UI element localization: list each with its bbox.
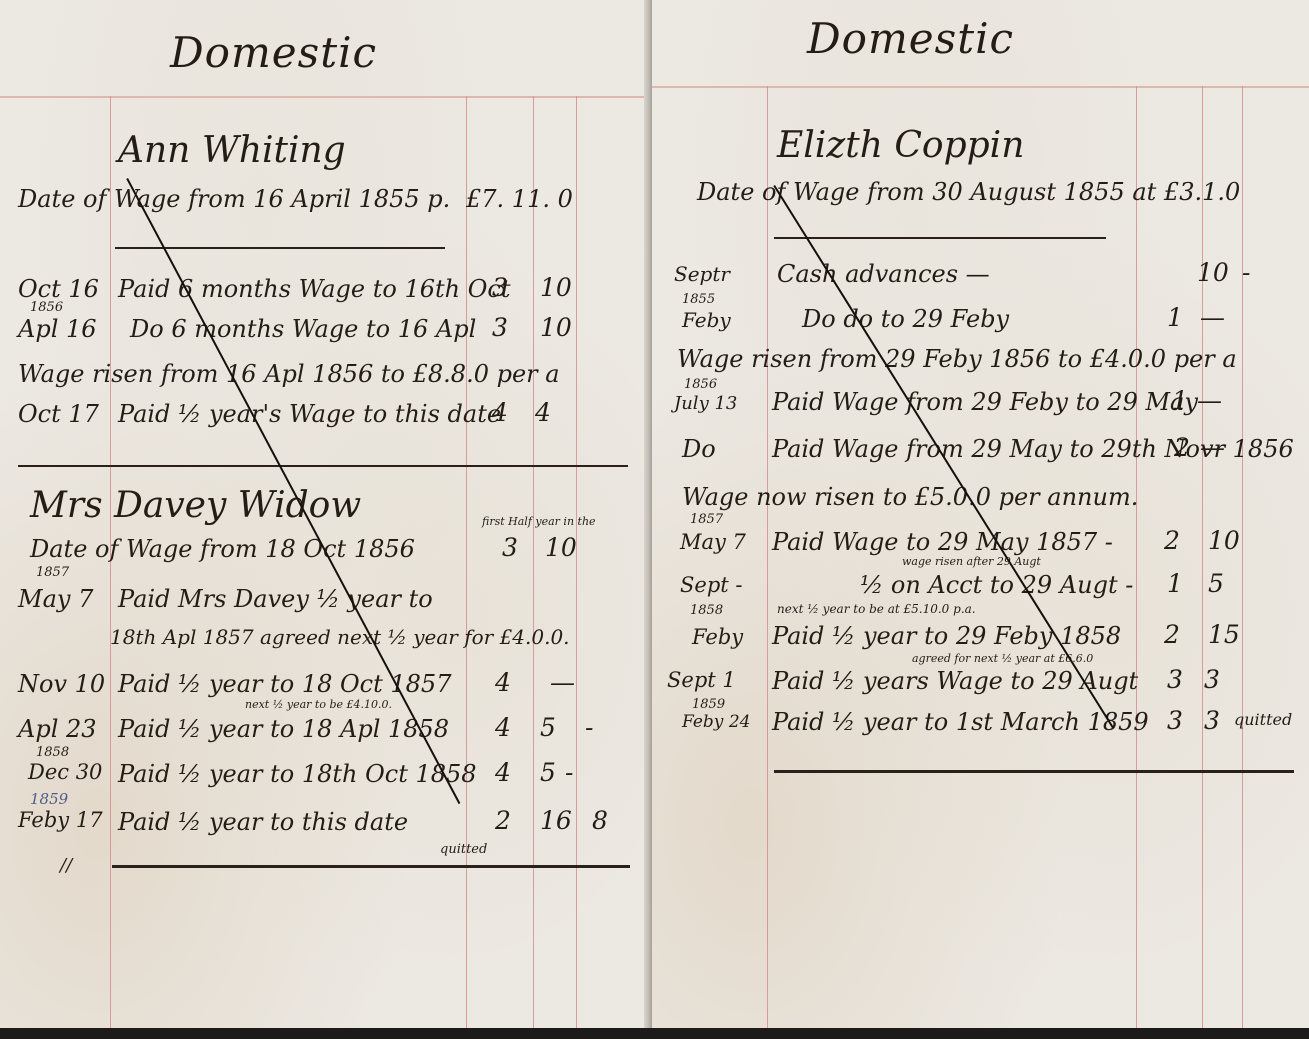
wage-terms: Date of Wage from 18 Oct 1856 [30, 535, 415, 563]
entry-pence: - [1242, 258, 1250, 287]
closing-rule [112, 865, 630, 868]
entry-shillings: 3 [1204, 706, 1220, 735]
entry-pence: 8 [592, 806, 608, 835]
book-bottom-edge [0, 1028, 1309, 1039]
entry-pounds: 1 [1172, 386, 1188, 415]
entry-date: Apl 16 [18, 315, 97, 343]
pence-column-rule [1242, 86, 1243, 1030]
entry-text: Paid ½ year's Wage to this date [118, 400, 501, 428]
account-name: Ann Whiting [118, 130, 346, 171]
entry-text: Wage risen from 29 Feby 1856 to £4.0.0 p… [677, 345, 1237, 373]
entry-date: Oct 16 [18, 275, 99, 303]
margin-note: first Half year in the [482, 515, 596, 528]
entry-year: 1858 [36, 745, 69, 760]
entry-pounds: 1 [1167, 303, 1183, 332]
entry-text: Paid Wage from 29 Feby to 29 May [772, 388, 1198, 416]
quitted-note: quitted [1234, 710, 1292, 729]
entry-year: 1859 [692, 697, 725, 712]
entry-pounds: 1 [1167, 569, 1183, 598]
entry-shillings: — [1200, 303, 1225, 332]
entry-text: Wage risen from 16 Apl 1856 to £8.8.0 pe… [18, 360, 560, 388]
entry-date: Feby [692, 625, 743, 649]
pounds-column-rule [466, 96, 467, 1030]
entry-shillings: 5 [540, 758, 556, 787]
interlinear-note: next ½ year to be £4.10.0. [245, 698, 392, 711]
entry-year: 1859 [30, 790, 68, 808]
ruled-header-line [652, 86, 1309, 88]
entry-shillings: — [1200, 433, 1225, 462]
entry-text: Paid ½ year to 1st March 1859 [772, 708, 1149, 736]
entry-pounds: 3 [492, 273, 508, 302]
page-heading: Domestic [170, 28, 377, 77]
entry-shillings: — [550, 668, 575, 697]
entry-pounds: 4 [495, 668, 511, 697]
entry-shillings: 5 [1208, 569, 1224, 598]
entry-year: 1858 [690, 603, 723, 618]
entry-date: Do [682, 435, 716, 463]
entry-shillings: 3 [1204, 665, 1220, 694]
entry-date: July 13 [674, 393, 737, 414]
entry-shillings: — [1197, 386, 1222, 415]
entry-date: Nov 10 [18, 670, 105, 698]
entry-pounds: 2 [1174, 433, 1190, 462]
entry-pounds: 2 [1164, 526, 1180, 555]
section-rule [774, 237, 1106, 239]
entry-year: 1857 [690, 512, 723, 527]
account-name: Elizth Coppin [777, 125, 1024, 166]
pence-column-rule [576, 96, 577, 1030]
entry-shillings: 10 [540, 273, 572, 302]
date-column-rule [767, 86, 768, 1030]
pounds-column-rule [1136, 86, 1137, 1030]
entry-text: Paid Wage to 29 May 1857 - [772, 528, 1113, 556]
entry-pounds: 3 [492, 313, 508, 342]
entry-shillings: 16 [540, 806, 572, 835]
ruled-header-line [0, 96, 648, 98]
entry-text: Do 6 months Wage to 16 Apl [130, 315, 476, 343]
wage-terms: Date of Wage from 16 April 1855 p. [18, 185, 450, 213]
entry-pence: - [585, 713, 593, 742]
wage-terms-amount: £7. 11. 0 [466, 185, 573, 213]
account-name: Mrs Davey Widow [30, 485, 361, 526]
shillings-column-rule [533, 96, 534, 1030]
entry-date: Septr [674, 262, 730, 286]
entry-date: Sept - [680, 573, 742, 597]
entry-date: Oct 17 [18, 400, 99, 428]
date-column-rule [110, 96, 111, 1030]
entry-shillings: 4 [535, 398, 551, 427]
entry-year: 1857 [36, 565, 69, 580]
entry-pounds: 4 [495, 758, 511, 787]
entry-text: Paid ½ year to 29 Feby 1858 [772, 622, 1121, 650]
closing-rule [774, 770, 1294, 773]
entry-shillings: 10 [1208, 526, 1240, 555]
margin-mark: // [60, 855, 72, 876]
interlinear-note: wage risen after 29 Augt [902, 555, 1041, 568]
entry-date: May 7 [18, 585, 93, 613]
entry-text: Paid Mrs Davey ½ year to [118, 585, 433, 613]
entry-text: Paid ½ year to 18th Oct 1858 [118, 760, 477, 788]
entry-date: Apl 23 [18, 715, 97, 743]
entry-shillings: 10 [540, 313, 572, 342]
entry-text: Paid 6 months Wage to 16th Oct [118, 275, 511, 303]
entry-shillings: 15 [1208, 620, 1240, 649]
entry-text: Cash advances — [777, 260, 990, 288]
entry-date: May 7 [680, 530, 746, 554]
entry-text: Wage now risen to £5.0.0 per annum. [682, 483, 1138, 511]
wage-terms-shillings: 10 [545, 533, 577, 562]
wage-terms-pounds: 3 [502, 533, 518, 562]
left-page: Domestic Ann Whiting Date of Wage from 1… [0, 0, 648, 1030]
entry-pounds: 3 [1167, 706, 1183, 735]
entry-text: ½ on Acct to 29 Augt - [860, 571, 1133, 599]
entry-year: 1856 [30, 300, 63, 315]
entry-text: 18th Apl 1857 agreed next ½ year for £4.… [110, 625, 570, 649]
entry-pounds: 2 [495, 806, 511, 835]
entry-date: Feby [682, 308, 731, 332]
entry-date: Sept 1 [667, 668, 736, 692]
entry-year: 1855 [682, 292, 715, 307]
entry-pounds: 3 [1167, 665, 1183, 694]
entry-pence: - [565, 758, 573, 787]
entry-shillings: 10 [1197, 258, 1229, 287]
entry-date: Feby 17 [18, 808, 103, 832]
interlinear-note: next ½ year to be at £5.10.0 p.a. [777, 602, 976, 616]
entry-pounds: 4 [492, 398, 508, 427]
right-page: Domestic Elizth Coppin Date of Wage from… [652, 0, 1309, 1030]
quitted-note: quitted [440, 842, 487, 857]
page-heading: Domestic [807, 14, 1014, 63]
entry-date: Feby 24 [682, 712, 750, 732]
entry-pounds: 2 [1164, 620, 1180, 649]
entry-date: Dec 30 [28, 760, 102, 784]
entry-shillings: 5 [540, 713, 556, 742]
entry-text: Paid ½ year to 18 Apl 1858 [118, 715, 449, 743]
entry-text: Do do to 29 Feby [802, 305, 1009, 333]
account-separator-rule [18, 465, 628, 467]
entry-year: 1856 [684, 377, 717, 392]
entry-text: Paid ½ year to this date [118, 808, 408, 836]
entry-pounds: 4 [495, 713, 511, 742]
shillings-column-rule [1202, 86, 1203, 1030]
